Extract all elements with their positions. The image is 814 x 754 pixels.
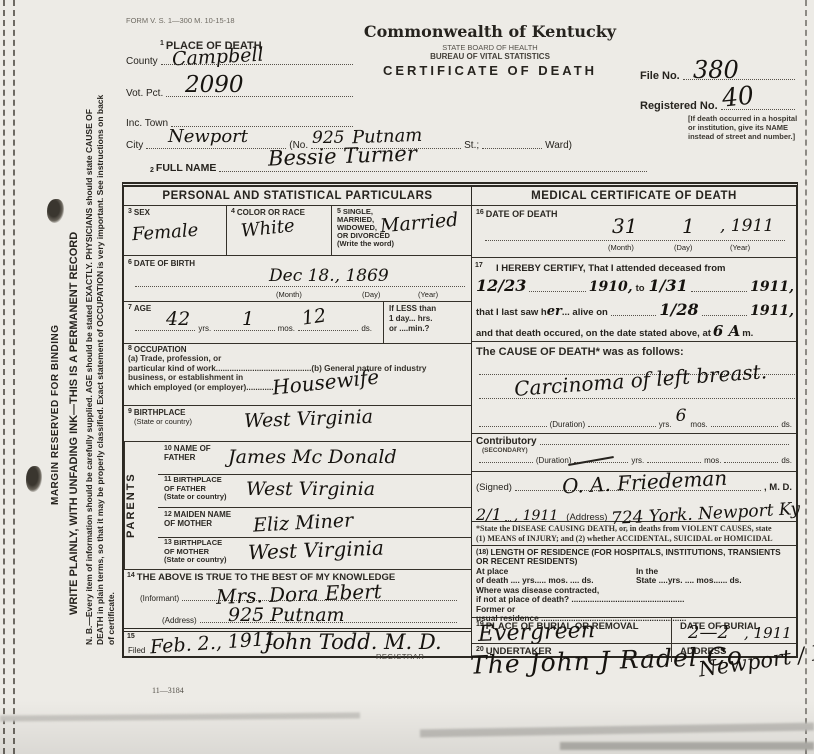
race-label: COLOR OR RACE [237, 208, 305, 217]
marital-cell: 5SINGLE, MARRIED, WIDOWED, OR DIVORCED (… [332, 206, 471, 255]
registrar-signature: John Todd. M. D. [264, 632, 442, 653]
birthplace-label: BIRTHPLACE [134, 408, 186, 417]
md-label: , M. D. [764, 482, 792, 493]
age-label: AGE [134, 304, 151, 313]
race-value: White [240, 217, 295, 241]
dob-year-label: (Year) [418, 290, 438, 299]
mother-birthplace-label: BIRTHPLACE OF MOTHER (State or country) [164, 538, 227, 564]
death-certificate-scan: MARGIN RESERVED FOR BINDING WRITE PLAINL… [0, 0, 814, 754]
signed-block: (Signed) , M. D. O. A. Friedeman 2/1 , 1… [472, 472, 796, 522]
cause-duration-months-value: 6 [676, 408, 687, 425]
occupation-row: 8OCCUPATION (a) Trade, profession, or pa… [124, 344, 471, 406]
burial-date-year: , 1911 [744, 626, 792, 641]
age-row: 7AGE yrs. mos. ds. 42 1 12 If LESS than … [124, 302, 471, 344]
parents-vertical-label: PARENTS [124, 442, 158, 569]
father-name-value: James Mc Donald [228, 448, 397, 467]
field-number: 2 [150, 167, 154, 174]
filed-row: 15 Filed Feb. 2., 1911 John Todd. M. D. … [124, 632, 471, 662]
signed-date-value: 2/1 [476, 507, 502, 523]
full-name-label: FULL NAME [156, 162, 216, 174]
city-label: City [126, 140, 143, 151]
dob-day-label: (Day) [362, 290, 380, 299]
last-saw-pre: that I last saw h [476, 307, 547, 318]
form-table: PERSONAL AND STATISTICAL PARTICULARS 3SE… [122, 182, 798, 658]
occupation-label: OCCUPATION [134, 345, 187, 354]
residence-block: (18)LENGTH OF RESIDENCE (FOR HOSPITALS, … [472, 546, 796, 618]
last-saw-year: 1911, [750, 304, 794, 318]
death-occurred-post: m. [742, 328, 753, 339]
field-number: 1 [160, 40, 164, 47]
city-value: Newport [168, 128, 248, 146]
age-days-value: 12 [301, 306, 328, 328]
vot-pct-label: Vot. Pct. [126, 88, 163, 99]
mother-maiden-row: 12MAIDEN NAME OF MOTHER Eliz Miner [158, 508, 471, 538]
age-months-value: 1 [242, 310, 254, 329]
dod-day-label: (Day) [674, 243, 692, 252]
father-birthplace-row: 11BIRTHPLACE OF FATHER (State or country… [158, 475, 471, 508]
mother-maiden-label: MAIDEN NAME OF MOTHER [164, 510, 231, 528]
state-board-subtitle: STATE BOARD OF HEALTH [330, 43, 650, 52]
ward-label: Ward) [545, 140, 572, 151]
dod-year-value: , 1911 [720, 218, 774, 235]
father-birthplace-value: West Virginia [246, 480, 375, 499]
ink-blot-icon [26, 466, 42, 492]
bureau-subtitle: BUREAU OF VITAL STATISTICS [330, 52, 650, 61]
sex-race-marital-row: 3SEX Female 4COLOR OR RACE White 5SINGLE… [124, 206, 471, 256]
dod-year-label: (Year) [730, 243, 750, 252]
residence-label: LENGTH OF RESIDENCE (FOR HOSPITALS, INST… [476, 547, 781, 566]
sex-cell: 3SEX Female [124, 206, 227, 255]
contributory-ds-label: ds. [781, 456, 792, 465]
death-occurred-pre: and that death occured, on the date stat… [476, 328, 711, 339]
county-label: County [126, 56, 158, 67]
voting-precinct-value: 2090 [185, 74, 244, 97]
personal-section-title: PERSONAL AND STATISTICAL PARTICULARS [124, 187, 471, 206]
contributory-yrs-label: yrs. [631, 456, 644, 465]
ink-blot-icon [47, 199, 64, 223]
birthplace-row: 9BIRTHPLACE (State or country) West Virg… [124, 406, 471, 442]
cause-ds-label: ds. [781, 420, 792, 429]
informant-block: 14THE ABOVE IS TRUE TO THE BEST OF MY KN… [124, 570, 471, 632]
dob-label: DATE OF BIRTH [134, 259, 195, 268]
date-of-death-row: 16DATE OF DEATH 31 1 , 1911 (Month) (Day… [472, 206, 796, 258]
st-label: St.; [464, 140, 479, 151]
residence-in-state: In the State ....yrs. .... mos...... ds. [636, 567, 742, 585]
certificate-title: CERTIFICATE OF DEATH [330, 63, 650, 78]
burial-place-value: Evergreen [478, 620, 596, 646]
hospital-note: [If death occurred in a hospital or inst… [688, 114, 800, 141]
file-no-value: 380 [693, 58, 739, 82]
mother-maiden-value: Eliz Miner [253, 511, 354, 535]
contributory-sublabel: (SECONDARY) [482, 447, 528, 454]
medical-section-title: MEDICAL CERTIFICATE OF DEATH [472, 187, 796, 206]
mother-birthplace-row: 13BIRTHPLACE OF MOTHER (State or country… [158, 538, 471, 569]
age-less-than-day-note: If LESS than 1 day... hrs. or ....min.? [383, 302, 471, 343]
death-time-value: 6 A [713, 324, 740, 339]
dod-month-value: 31 [612, 216, 637, 236]
inc-town-label: Inc. Town [126, 118, 168, 129]
form-number: FORM V. S. 1—300 M. 10-15-18 [126, 16, 235, 25]
cause-yrs-label: yrs. [659, 420, 672, 429]
signed-date-year: , 1911 [514, 509, 559, 523]
commonwealth-title: Commonwealth of Kentucky [330, 22, 650, 41]
margin-nb-note: N. B.—Every item of information should b… [84, 85, 117, 645]
plate-number: 11—3184 [152, 686, 184, 695]
binding-dashed-line-inner [13, 0, 15, 754]
certify-intro: I HEREBY CERTIFY, That I attended deceas… [496, 263, 725, 274]
attended-to-date: 1/31 [649, 278, 688, 294]
header-block: Commonwealth of Kentucky STATE BOARD OF … [330, 22, 650, 78]
cause-mos-label: mos. [690, 420, 707, 429]
sex-label: SEX [134, 208, 150, 217]
age-years-value: 42 [166, 310, 190, 329]
residence-contracted: Where was disease contracted, if not at … [472, 585, 796, 604]
binding-dashed-line-outer [3, 0, 5, 754]
attended-to-year: 1911, [750, 280, 794, 294]
attended-from-year: 1910, [589, 280, 633, 294]
scan-right-edge-dashes [805, 0, 807, 754]
county-value: Campbell [172, 46, 264, 70]
age-cell: 7AGE yrs. mos. ds. 42 1 12 [124, 302, 383, 343]
age-mos-label: mos. [278, 324, 295, 333]
cause-duration-label: (Duration) [550, 420, 586, 429]
dod-label: DATE OF DEATH [486, 209, 558, 219]
informant-label: (Informant) [140, 594, 179, 603]
contributory-mos-label: mos. [704, 456, 721, 465]
contributory-label: Contributory [476, 436, 537, 447]
contributory-duration-label: (Duration) [536, 456, 572, 465]
scan-bottom-shadow [0, 700, 814, 754]
cause-footnote: *State the DISEASE CAUSING DEATH, or, in… [472, 522, 796, 546]
father-name-row: 10NAME OF FATHER James Mc Donald [158, 442, 471, 475]
registered-no-row: Registered No. [640, 100, 798, 112]
cause-value: Carcinoma of left breast. [514, 361, 768, 399]
registered-no-value: 40 [721, 82, 755, 110]
registrar-label: REGISTRAR [376, 652, 424, 661]
birthplace-value: West Virginia [244, 408, 374, 431]
full-name-value: Bessie Turner [268, 143, 417, 169]
sex-value: Female [131, 222, 198, 245]
medical-column: MEDICAL CERTIFICATE OF DEATH 16DATE OF D… [472, 187, 796, 656]
age-yrs-label: yrs. [198, 324, 211, 333]
dod-month-label: (Month) [608, 243, 634, 252]
to-label: to [636, 283, 645, 294]
file-no-label: File No. [640, 70, 680, 82]
filed-label: Filed [128, 646, 145, 655]
dob-month-label: (Month) [276, 290, 302, 299]
informant-address-label: (Address) [162, 616, 197, 625]
personal-column: PERSONAL AND STATISTICAL PARTICULARS 3SE… [124, 187, 472, 656]
registered-no-label: Registered No. [640, 100, 718, 112]
cause-label: The CAUSE OF DEATH* was as follows: [472, 342, 796, 358]
last-saw-post: ... alive on [562, 307, 608, 318]
cause-of-death-block: The CAUSE OF DEATH* was as follows: Carc… [472, 342, 796, 434]
father-birthplace-label: BIRTHPLACE OF FATHER (State or country) [164, 475, 227, 501]
last-saw-date: 1/28 [659, 302, 698, 318]
dod-day-value: 1 [682, 216, 695, 236]
margin-write-plainly-note: WRITE PLAINLY, WITH UNFADING INK—THIS IS… [68, 143, 80, 615]
attended-from-date: 12/23 [476, 278, 526, 294]
date-of-birth-row: 6DATE OF BIRTH Dec 18., 1869 (Month) (Da… [124, 256, 471, 302]
mother-birthplace-value: West Virginia [248, 538, 384, 563]
margin-binding-note: MARGIN RESERVED FOR BINDING [50, 305, 61, 505]
last-saw-pronoun: er [547, 305, 562, 318]
informant-address-value: 925 Putnam [228, 606, 345, 625]
age-ds-label: ds. [361, 324, 372, 333]
filed-date-value: Feb. 2., 1911 [149, 630, 276, 658]
contributory-block: Contributory (SECONDARY) (Duration) yrs.… [472, 434, 796, 472]
certify-block: 17 I HEREBY CERTIFY, That I attended dec… [472, 258, 796, 342]
dob-value: Dec 18., 1869 [269, 268, 389, 285]
race-cell: 4COLOR OR RACE White [227, 206, 332, 255]
burial-date-value: 2—2 [688, 624, 729, 642]
parents-block: PARENTS 10NAME OF FATHER James Mc Donald… [124, 442, 471, 570]
residence-at-place: At place of death .... yrs..... mos. ...… [476, 567, 636, 585]
signed-label: (Signed) [476, 482, 512, 493]
